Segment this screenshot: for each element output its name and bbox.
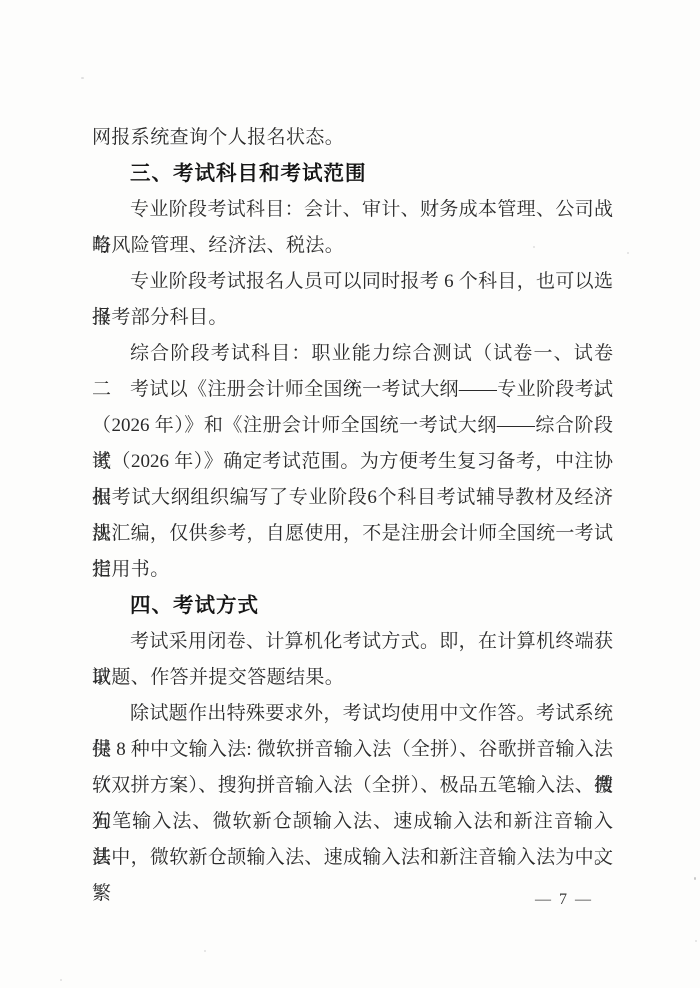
section-heading-exam-format: 四、考试方式: [92, 588, 613, 624]
scan-speck: [627, 252, 629, 254]
scan-speck: [204, 950, 206, 952]
scan-speck: [60, 979, 62, 981]
text-line: 软双拼方案）、搜狗拼音输入法（全拼）、极品五笔输入法、搜狗: [92, 768, 613, 804]
text-line: 专业阶段考试报名人员可以同时报考 6 个科目，也可以选择: [92, 264, 613, 300]
text-line: 考试以《注册会计师全国统一考试大纲——专业阶段考试: [92, 372, 613, 408]
scan-speck: [81, 77, 84, 79]
text-line: 试（2026 年）》确定考试范围。为方便考生复习备考，中注协根: [92, 444, 613, 480]
text-line: 据考试大纲组织编写了专业阶段6个科目考试辅导教材及经济法: [92, 480, 613, 516]
text-line: 专业阶段考试科目：会计、审计、财务成本管理、公司战略: [92, 192, 613, 228]
text-line: 五笔输入法、微软新仓颉输入法、速成输入法和新注音输入法。: [92, 804, 613, 840]
text-line: （2026 年）》和《注册会计师全国统一考试大纲——综合阶段考: [92, 408, 613, 444]
text-line: 考试采用闭卷、计算机化考试方式。即，在计算机终端获取: [92, 624, 613, 660]
text-line: 其中，微软新仓颉输入法、速成输入法和新注音输入法为中文繁: [92, 840, 613, 876]
text-line: 试题、作答并提交答题结果。: [92, 660, 613, 696]
text-line: 网报系统查询个人报名状态。: [92, 120, 613, 156]
scan-speck: [695, 940, 697, 942]
document-body: 网报系统查询个人报名状态。 三、考试科目和考试范围 专业阶段考试科目：会计、审计…: [92, 120, 613, 876]
scanned-document-page: 网报系统查询个人报名状态。 三、考试科目和考试范围 专业阶段考试科目：会计、审计…: [0, 0, 700, 988]
scan-speck: [694, 877, 696, 880]
text-line: 规汇编，仅供参考，自愿使用，不是注册会计师全国统一考试指: [92, 516, 613, 552]
section-heading-exam-subjects: 三、考试科目和考试范围: [92, 156, 613, 192]
text-line: 供 8 种中文输入法: 微软拼音输入法（全拼）、谷歌拼音输入法（微: [92, 732, 613, 768]
scan-speck: [533, 246, 535, 248]
text-line: 综合阶段考试科目：职业能力综合测试（试卷一、试卷二）。: [92, 336, 613, 372]
text-line: 除试题作出特殊要求外，考试均使用中文作答。考试系统提: [92, 696, 613, 732]
page-number: — 7 —: [508, 889, 620, 911]
text-line: 报考部分科目。: [92, 300, 613, 336]
text-line: 定用书。: [92, 552, 613, 588]
